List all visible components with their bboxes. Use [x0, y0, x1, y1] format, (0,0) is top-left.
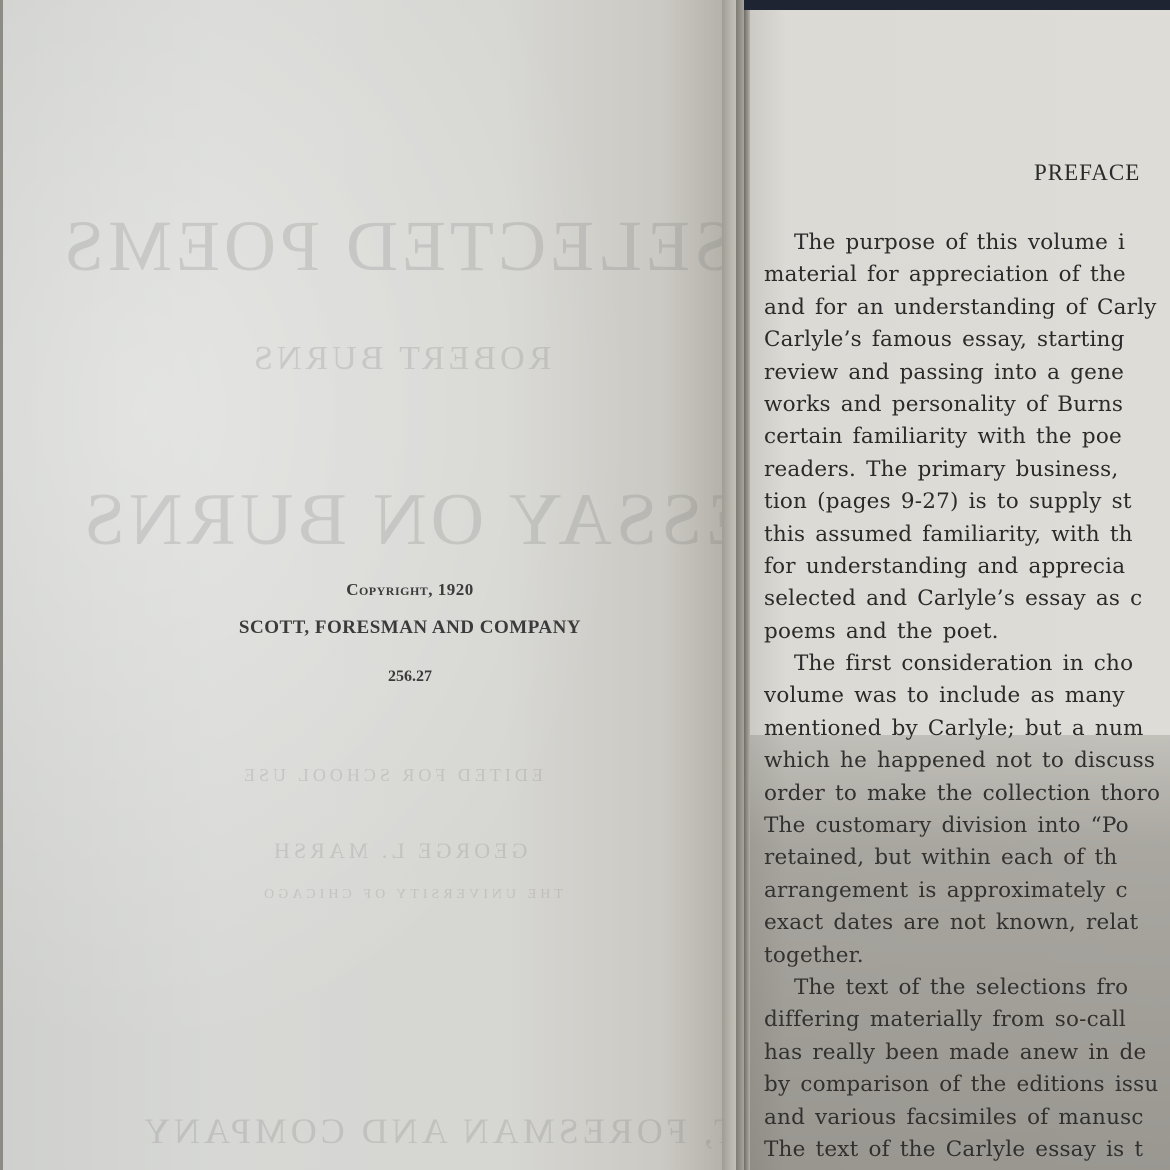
text-line: and for an understanding of Carly: [764, 292, 1170, 324]
print-code: 256.27: [200, 668, 620, 686]
text-line: this assumed familiarity, with th: [764, 519, 1170, 551]
page-edge: [744, 10, 750, 1170]
text-line: differing materially from so-call: [764, 1004, 1170, 1036]
copyright-notice: Copyright, 1920: [200, 580, 620, 600]
text-line: selected and Carlyle’s essay as c: [764, 583, 1170, 615]
show-through-affiliation: THE UNIVERSITY OF CHICAGO: [260, 887, 563, 903]
text-line: review and passing into a gene: [764, 357, 1170, 389]
text-line: by comparison of the editions issu: [764, 1069, 1170, 1101]
text-line: volume was to include as many: [764, 680, 1170, 712]
text-line: The text of the Carlyle essay is t: [764, 1134, 1170, 1166]
text-line: mentioned by Carlyle; but a num: [764, 713, 1170, 745]
text-line: poems and the poet.: [764, 616, 1170, 648]
page-title: PREFACE: [1034, 160, 1140, 186]
right-page-preface: PREFACE The purpose of this volume i mat…: [744, 10, 1170, 1170]
show-through-edited: EDITED FOR SCHOOL USE: [240, 765, 543, 786]
text-line: order to make the collection thoro: [764, 778, 1170, 810]
page-edge: [0, 0, 3, 1170]
left-page-copyright: SELECTED POEMS ROBERT BURNS ESSAY ON BUR…: [0, 0, 722, 1170]
show-through-publisher: SCOTT, FORESMAN AND COMPANY: [140, 1110, 722, 1152]
text-line: exact dates are not known, relat: [764, 907, 1170, 939]
show-through-title: SELECTED POEMS: [60, 205, 722, 288]
gutter-shadow: [736, 0, 744, 1170]
preface-body: The purpose of this volume i material fo…: [764, 227, 1170, 1166]
text-line: has really been made anew in de: [764, 1037, 1170, 1069]
text-line: The customary division into “Po: [764, 810, 1170, 842]
text-line: The first consideration in cho: [764, 648, 1170, 680]
text-line: readers. The primary business,: [764, 454, 1170, 486]
show-through-subtitle: ESSAY ON BURNS: [80, 478, 722, 563]
text-line: which he happened not to discuss: [764, 745, 1170, 777]
text-line: for understanding and apprecia: [764, 551, 1170, 583]
text-line: arrangement is approximately c: [764, 875, 1170, 907]
publisher-name: SCOTT, FORESMAN AND COMPANY: [200, 617, 620, 639]
show-through-author: ROBERT BURNS: [250, 340, 551, 378]
open-book-photo: SELECTED POEMS ROBERT BURNS ESSAY ON BUR…: [0, 0, 1170, 1170]
text-line: Carlyle’s famous essay, starting: [764, 324, 1170, 356]
text-line: The text of the selections fro: [764, 972, 1170, 1004]
text-line: tion (pages 9-27) is to supply st: [764, 486, 1170, 518]
text-line: retained, but within each of th: [764, 842, 1170, 874]
text-line: material for appreciation of the: [764, 259, 1170, 291]
text-line: works and personality of Burns: [764, 389, 1170, 421]
text-line: together.: [764, 940, 1170, 972]
text-line: certain familiarity with the poe: [764, 421, 1170, 453]
text-line: and various facsimiles of manusc: [764, 1102, 1170, 1134]
show-through-editor: GEORGE L. MARSH: [270, 838, 527, 864]
text-line: The purpose of this volume i: [764, 227, 1170, 259]
